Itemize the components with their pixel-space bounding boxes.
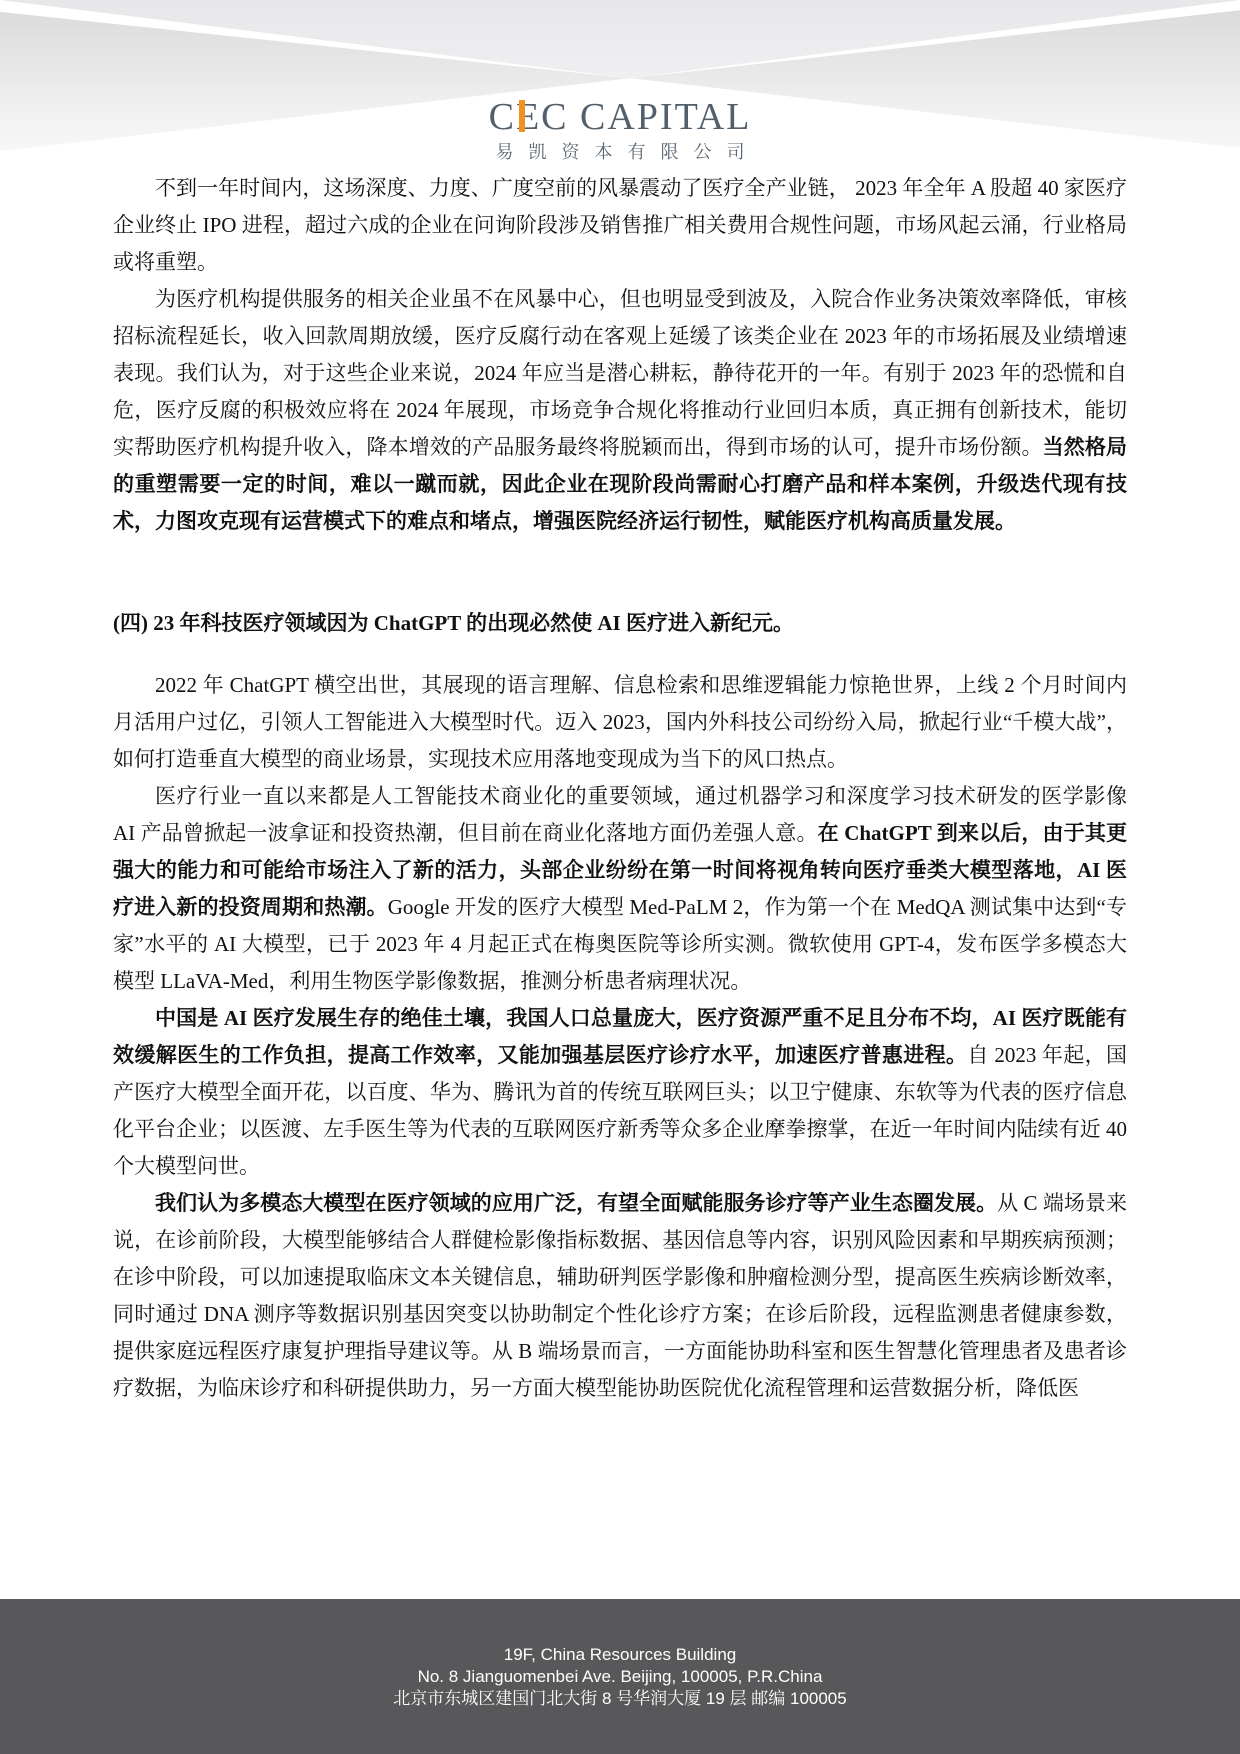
document-body: 不到一年时间内，这场深度、力度、广度空前的风暴震动了医疗全产业链， 2023 年… [0, 170, 1240, 1407]
text-run: 不到一年时间内，这场深度、力度、广度空前的风暴震动了医疗全产业链， 2023 年… [113, 176, 1127, 274]
logo-letter-c1: C [489, 96, 516, 138]
logo-letter-e-orange-stem: E [516, 98, 541, 136]
header-art: CEC CAPITAL 易凯资本有限公司 [0, 0, 1240, 170]
body-paragraph: 不到一年时间内，这场深度、力度、广度空前的风暴震动了医疗全产业链， 2023 年… [113, 170, 1127, 281]
bold-text-run: (四) 23 年科技医疗领域因为 ChatGPT 的出现必然使 AI 医疗进入新… [113, 611, 794, 635]
body-paragraph: 为医疗机构提供服务的相关企业虽不在风暴中心，但也明显受到波及，入院合作业务决策效… [113, 281, 1127, 540]
footer-address-en-line1: 19F, China Resources Building [0, 1644, 1240, 1666]
footer-address-en-line2: No. 8 Jianguomenbei Ave. Beijing, 100005… [0, 1666, 1240, 1688]
document-page: CEC CAPITAL 易凯资本有限公司 不到一年时间内，这场深度、力度、广度空… [0, 0, 1240, 1754]
footer-address-zh: 北京市东城区建国门北大街 8 号华润大厦 19 层 邮编 100005 [0, 1688, 1240, 1710]
footer-address-bar: 19F, China Resources Building No. 8 Jian… [0, 1599, 1240, 1754]
body-paragraph: 2022 年 ChatGPT 横空出世，其展现的语言理解、信息检索和思维逻辑能力… [113, 667, 1127, 778]
company-logo: CEC CAPITAL 易凯资本有限公司 [0, 98, 1240, 161]
body-paragraph: 医疗行业一直以来都是人工智能技术商业化的重要领域，通过机器学习和深度学习技术研发… [113, 778, 1127, 1000]
text-run: 从 C 端场景来说，在诊前阶段，大模型能够结合人群健检影像指标数据、基因信息等内… [113, 1191, 1127, 1400]
body-paragraph: 中国是 AI 医疗发展生存的绝佳土壤，我国人口总量庞大，医疗资源严重不足且分布不… [113, 1000, 1127, 1185]
section-heading: (四) 23 年科技医疗领域因为 ChatGPT 的出现必然使 AI 医疗进入新… [113, 605, 1127, 642]
logo-chinese-name: 易凯资本有限公司 [0, 143, 1240, 161]
text-run: 2022 年 ChatGPT 横空出世，其展现的语言理解、信息检索和思维逻辑能力… [113, 673, 1127, 771]
text-run: 为医疗机构提供服务的相关企业虽不在风暴中心，但也明显受到波及，入院合作业务决策效… [113, 287, 1127, 459]
logo-wordmark: CEC CAPITAL [0, 98, 1240, 136]
body-paragraph: 我们认为多模态大模型在医疗领域的应用广泛，有望全面赋能服务诊疗等产业生态圈发展。… [113, 1185, 1127, 1407]
logo-letters-rest: C CAPITAL [541, 96, 751, 138]
bold-text-run: 我们认为多模态大模型在医疗领域的应用广泛，有望全面赋能服务诊疗等产业生态圈发展。 [155, 1191, 997, 1215]
